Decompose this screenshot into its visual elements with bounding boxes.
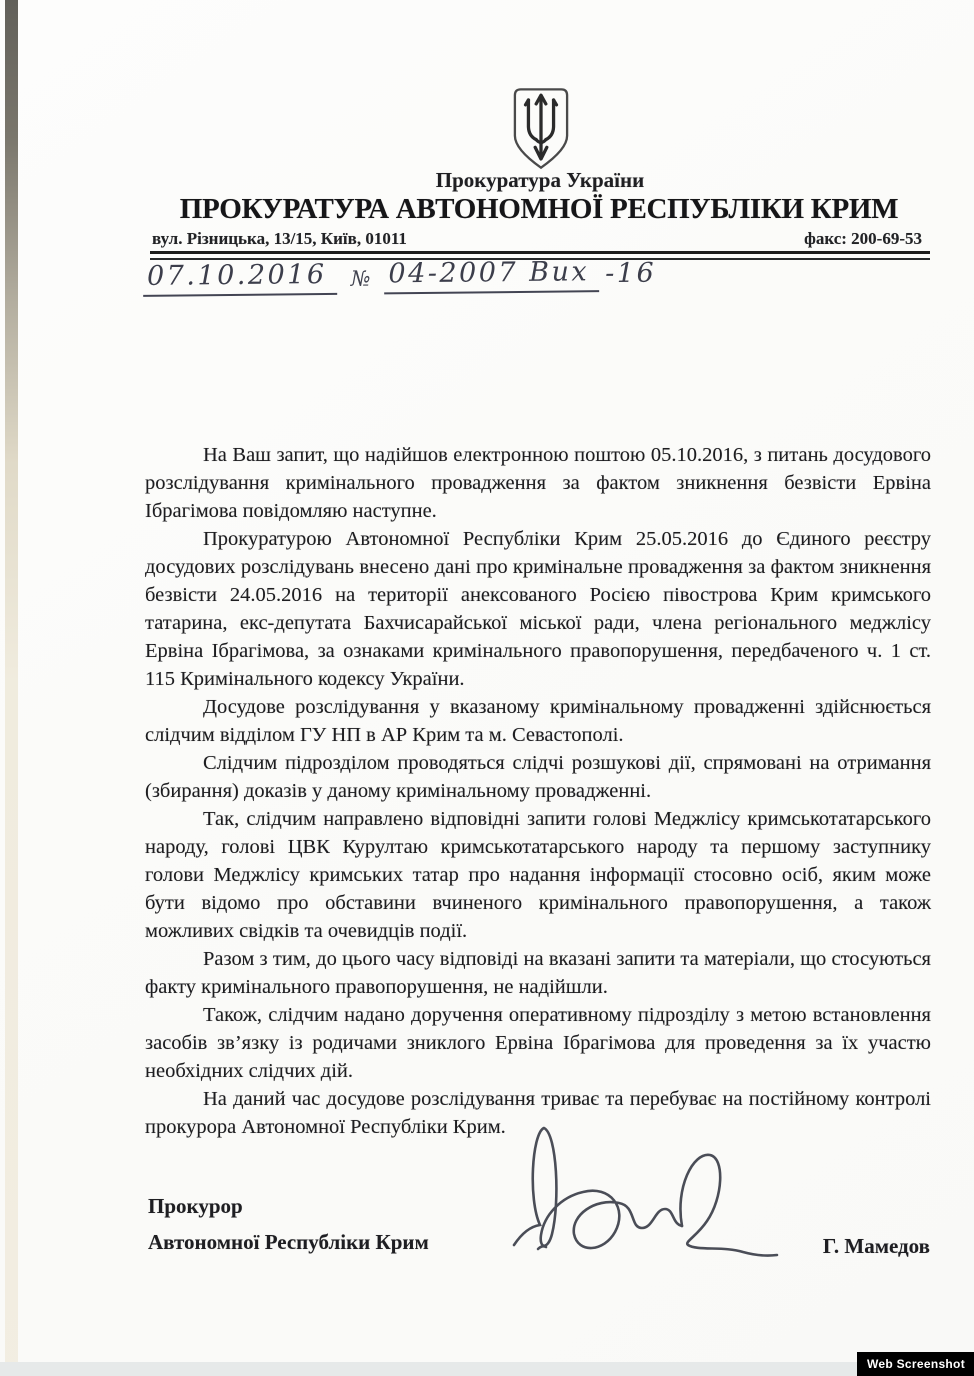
- body-paragraph: Разом з тим, до цього часу відповіді на …: [145, 945, 931, 1001]
- body-paragraph: Прокуратурою Автономної Республіки Крим …: [145, 525, 931, 693]
- handwritten-date: 07.10.2016: [143, 259, 337, 297]
- number-sign: №: [350, 267, 370, 295]
- scan-bottom-gap: [0, 1362, 974, 1376]
- signer-name: Г. Мамедов: [823, 1234, 930, 1260]
- agency-fax: факс: 200-69-53: [804, 229, 922, 249]
- letter-body: На Ваш запит, що надійшов електронною по…: [145, 441, 931, 1141]
- ukraine-trident-icon: [512, 87, 570, 171]
- signature-block: Прокурор Автономної Республіки Крим Г. М…: [148, 1188, 930, 1260]
- reference-line: 07.10.2016 № 04-2007 Вих -16: [143, 255, 703, 297]
- agency-title: ПРОКУРАТУРА АВТОНОМНОЇ РЕСПУБЛІКИ КРИМ: [146, 193, 932, 226]
- handwritten-number-tail: -16: [605, 258, 656, 293]
- web-screenshot-watermark: Web Screenshot: [857, 1352, 974, 1376]
- signer-position: Прокурор Автономної Республіки Крим: [148, 1188, 429, 1260]
- signer-position-line1: Прокурор: [148, 1188, 429, 1224]
- handwritten-number: 04-2007 Вих: [384, 256, 599, 294]
- body-paragraph: На даний час досудове розслідування трив…: [145, 1085, 931, 1141]
- body-paragraph: На Ваш запит, що надійшов електронною по…: [145, 441, 931, 525]
- agency-address: вул. Різницька, 13/15, Київ, 01011: [152, 229, 407, 249]
- body-paragraph: Досудове розслідування у вказаному кримі…: [145, 693, 931, 749]
- agency-name-small: Прокуратура України: [150, 168, 930, 193]
- body-paragraph: Слідчим підрозділом проводяться слідчі р…: [145, 749, 931, 805]
- signer-position-line2: Автономної Республіки Крим: [148, 1224, 429, 1260]
- header-address-row: вул. Різницька, 13/15, Київ, 01011 факс:…: [152, 229, 922, 249]
- body-paragraph: Також, слідчим надано доручення оператив…: [145, 1001, 931, 1085]
- scanned-page: Прокуратура України ПРОКУРАТУРА АВТОНОМН…: [0, 0, 974, 1362]
- body-paragraph: Так, слідчим направлено відповідні запит…: [145, 805, 931, 945]
- scan-edge-artifact: [5, 0, 18, 1362]
- scanned-letter-screenshot: { "header": { "agency_small": "Прокурату…: [0, 0, 974, 1376]
